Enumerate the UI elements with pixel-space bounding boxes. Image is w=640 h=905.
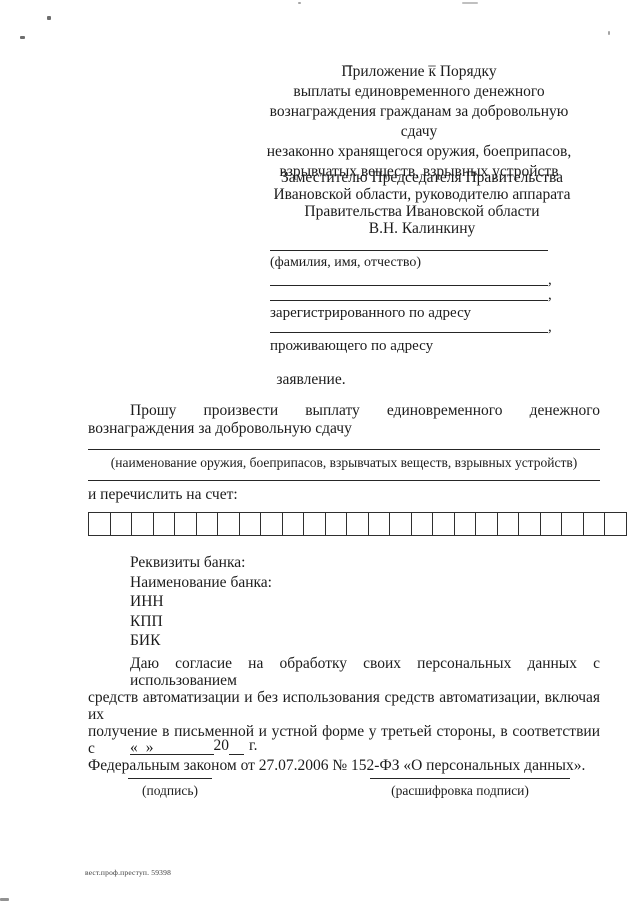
blank-line[interactable] bbox=[270, 332, 548, 333]
consent-line: средств автоматизации и без использовани… bbox=[88, 689, 600, 723]
scan-artifact bbox=[20, 36, 25, 39]
consent-line: Федеральным законом от 27.07.2006 № 152-… bbox=[88, 757, 600, 774]
bank-line: Реквизиты банка: bbox=[130, 553, 272, 573]
account-cell[interactable] bbox=[518, 512, 541, 536]
field-comma: , bbox=[548, 293, 552, 297]
account-cell[interactable] bbox=[196, 512, 219, 536]
field-comma: , bbox=[548, 278, 552, 282]
bank-details: Реквизиты банка: Наименование банка: ИНН… bbox=[130, 553, 272, 651]
date-field[interactable]: «»20г. bbox=[130, 737, 257, 755]
account-cell[interactable] bbox=[368, 512, 391, 536]
account-cell[interactable] bbox=[540, 512, 563, 536]
account-cell[interactable] bbox=[411, 512, 434, 536]
items-blank-line[interactable] bbox=[88, 480, 600, 481]
annex-header-line: Приложение к Порядку bbox=[250, 62, 588, 82]
bank-line: ИНН bbox=[130, 592, 272, 612]
annex-header-line: незаконно хранящегося оружия, боеприпасо… bbox=[250, 142, 588, 162]
account-cell[interactable] bbox=[239, 512, 262, 536]
bank-line: БИК bbox=[130, 631, 272, 651]
request-line-1: Прошу произвести выплату единовременного… bbox=[130, 402, 600, 419]
addressee-line: Правительства Ивановской области bbox=[250, 203, 594, 220]
transfer-text: и перечислить на счет: bbox=[88, 486, 238, 503]
addressee-line: Заместителю Председателя Правительства bbox=[250, 169, 594, 186]
consent-line: Даю согласие на обработку своих персонал… bbox=[88, 655, 600, 689]
account-cell[interactable] bbox=[497, 512, 520, 536]
account-cell[interactable] bbox=[110, 512, 133, 536]
account-cell[interactable] bbox=[174, 512, 197, 536]
residing-caption: проживающего по адресу bbox=[270, 339, 433, 353]
blank-line[interactable] bbox=[270, 250, 548, 251]
open-quote: « bbox=[130, 739, 138, 755]
signature-blank-line[interactable] bbox=[128, 778, 212, 779]
account-cell[interactable] bbox=[303, 512, 326, 536]
addressee-line: В.Н. Калинкину bbox=[250, 220, 594, 237]
date-day-blank[interactable] bbox=[138, 739, 146, 755]
account-cell[interactable] bbox=[475, 512, 498, 536]
addressee-block: Заместителю Председателя Правительства И… bbox=[250, 169, 594, 237]
footer-print-code: вест.проф.преступ. 59398 bbox=[85, 868, 171, 877]
bank-line: КПП bbox=[130, 612, 272, 632]
name-caption: (фамилия, имя, отчество) bbox=[270, 256, 421, 270]
signature-caption: (подпись) bbox=[118, 783, 222, 799]
field-comma: , bbox=[548, 325, 552, 329]
scan-artifact bbox=[0, 898, 9, 901]
items-caption: (наименование оружия, боеприпасов, взрыв… bbox=[88, 456, 600, 470]
annex-header-line: вознаграждения гражданам за добровольную… bbox=[250, 102, 588, 142]
account-cell[interactable] bbox=[153, 512, 176, 536]
blank-line[interactable] bbox=[270, 285, 548, 286]
account-cell[interactable] bbox=[454, 512, 477, 536]
scan-artifact bbox=[47, 16, 51, 20]
signature-name-caption: (расшифровка подписи) bbox=[370, 783, 550, 799]
account-cell[interactable] bbox=[583, 512, 606, 536]
scan-artifact bbox=[298, 2, 301, 4]
scanned-application-form: Приложение к Порядку выплаты единовремен… bbox=[0, 0, 640, 905]
account-cell[interactable] bbox=[432, 512, 455, 536]
year-prefix: 20 bbox=[214, 737, 230, 755]
consent-paragraph: Даю согласие на обработку своих персонал… bbox=[88, 655, 600, 774]
era-suffix: г. bbox=[249, 737, 257, 755]
bank-line: Наименование банка: bbox=[130, 573, 272, 593]
account-number-row[interactable] bbox=[88, 512, 627, 536]
close-quote: » bbox=[146, 739, 154, 755]
account-cell[interactable] bbox=[282, 512, 305, 536]
request-line-2: вознаграждения за добровольную сдачу bbox=[88, 420, 352, 437]
blank-line[interactable] bbox=[270, 300, 548, 301]
date-year-blank[interactable] bbox=[229, 739, 244, 755]
account-cell[interactable] bbox=[217, 512, 240, 536]
items-blank-line[interactable] bbox=[88, 449, 600, 450]
scan-artifact bbox=[608, 31, 610, 35]
addressee-line: Ивановской области, руководителю аппарат… bbox=[250, 186, 594, 203]
account-cell[interactable] bbox=[88, 512, 111, 536]
annex-header: Приложение к Порядку выплаты единовремен… bbox=[250, 62, 588, 182]
signature-name-blank-line[interactable] bbox=[370, 778, 570, 779]
date-month-blank[interactable] bbox=[154, 739, 214, 755]
account-cell[interactable] bbox=[131, 512, 154, 536]
document-title: заявление. bbox=[0, 371, 622, 389]
scan-artifact bbox=[462, 2, 478, 4]
account-cell[interactable] bbox=[604, 512, 627, 536]
account-cell[interactable] bbox=[260, 512, 283, 536]
annex-header-line: выплаты единовременного денежного bbox=[250, 82, 588, 102]
account-cell[interactable] bbox=[389, 512, 412, 536]
registered-caption: зарегистрированного по адресу bbox=[270, 306, 471, 320]
account-cell[interactable] bbox=[561, 512, 584, 536]
account-cell[interactable] bbox=[325, 512, 348, 536]
account-cell[interactable] bbox=[346, 512, 369, 536]
